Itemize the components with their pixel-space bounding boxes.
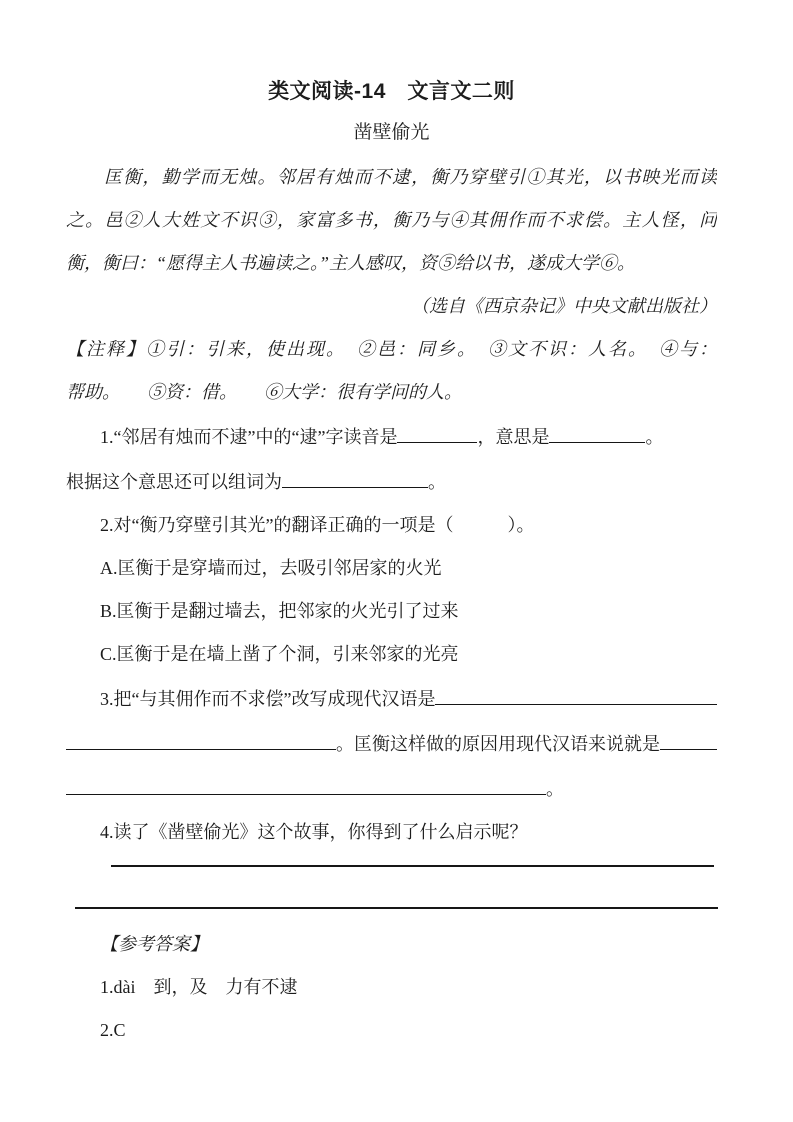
fill-blank[interactable] xyxy=(435,676,717,705)
answer-key-item-1: 1.dài 到，及 力有不逮 xyxy=(66,966,717,1009)
worksheet-page: 类文阅读-14 文言文二则 凿壁偷光 匡衡，勤学而无烛。邻居有烛而不逮，衡乃穿壁… xyxy=(0,0,793,1122)
text-run: 。 xyxy=(645,416,663,459)
text-run: 。 xyxy=(428,461,446,504)
answer-key-heading: 【参考答案】 xyxy=(66,923,717,966)
passage-line-3: 衡，衡曰：“愿得主人书遍读之。”主人感叹，资⑤给以书，遂成大学⑥。 xyxy=(66,242,717,285)
question-2-option-b: B.匡衡于是翻过墙去，把邻家的火光引了过来 xyxy=(66,590,717,633)
question-2-option-a: A.匡衡于是穿墙而过，去吸引邻居家的火光 xyxy=(66,547,717,590)
fill-blank[interactable] xyxy=(282,459,428,488)
section-title: 凿壁偷光 xyxy=(66,118,717,148)
question-3-line-2: 。匡衡这样做的原因用现代汉语来说就是 xyxy=(66,721,717,766)
question-2-option-c: C.匡衡于是在墙上凿了个洞，引来邻家的光亮 xyxy=(66,633,717,676)
answer-key-item-2: 2.C xyxy=(66,1009,717,1052)
fill-blank[interactable] xyxy=(549,414,645,443)
question-4: 4.读了《凿壁偷光》这个故事，你得到了什么启示呢？ xyxy=(66,811,717,854)
passage-line-1: 匡衡，勤学而无烛。邻居有烛而不逮，衡乃穿壁引①其光，以书映光而读 xyxy=(66,156,717,199)
question-4-answer-line-2[interactable] xyxy=(75,907,718,909)
fill-blank[interactable] xyxy=(660,721,717,750)
passage-source: （选自《西京杂记》中央文献出版社） xyxy=(66,285,717,328)
doc-title: 类文阅读-14 文言文二则 xyxy=(66,78,717,106)
document-body: 匡衡，勤学而无烛。邻居有烛而不逮，衡乃穿壁引①其光，以书映光而读之。邑②人大姓文… xyxy=(66,156,717,1052)
question-4-answer-line-1[interactable] xyxy=(111,865,714,867)
fill-blank[interactable] xyxy=(66,766,546,795)
passage-line-2: 之。邑②人大姓文不识③，家富多书，衡乃与④其佣作而不求偿。主人怪，问 xyxy=(66,199,717,242)
question-3-line-1: 3.把“与其佣作而不求偿”改写成现代汉语是 xyxy=(66,676,717,721)
question-1-line-1: 1.“邻居有烛而不逮”中的“逮”字读音是，意思是。 xyxy=(66,414,717,459)
fill-blank[interactable] xyxy=(397,414,477,443)
text-run: 根据这个意思还可以组词为 xyxy=(66,461,282,504)
text-run: 3.把“与其佣作而不求偿”改写成现代汉语是 xyxy=(100,678,435,721)
notes-line-1: 【注释】①引：引来，使出现。 ②邑：同乡。 ③文不识：人名。 ④与： xyxy=(66,328,717,371)
question-2: 2.对“衡乃穿壁引其光”的翻译正确的一项是（ ）。 xyxy=(66,504,717,547)
text-run: 。匡衡这样做的原因用现代汉语来说就是 xyxy=(336,723,660,766)
text-run: 1.“邻居有烛而不逮”中的“逮”字读音是 xyxy=(100,416,397,459)
notes-line-2: 帮助。 ⑤资：借。 ⑥大学：很有学问的人。 xyxy=(66,371,717,414)
text-run: 。 xyxy=(546,768,564,811)
text-run: ，意思是 xyxy=(477,416,549,459)
question-3-line-3: 。 xyxy=(66,766,717,811)
question-1-line-2: 根据这个意思还可以组词为。 xyxy=(66,459,717,504)
fill-blank[interactable] xyxy=(66,721,336,750)
